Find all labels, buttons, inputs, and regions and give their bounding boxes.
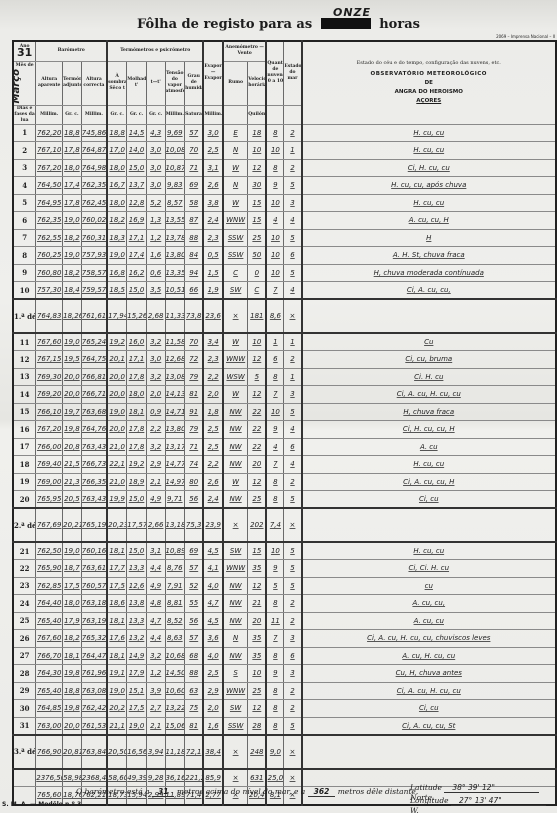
day-label: 19 xyxy=(13,473,36,491)
cell-molh: 17,8 xyxy=(127,438,147,456)
cell-tens: 13,08 xyxy=(165,368,185,386)
cell-vel: 181 xyxy=(248,299,267,333)
cell-term: 17,8 xyxy=(63,194,82,212)
cell-molh: 15,1 xyxy=(127,682,147,700)
form-title: Fôlha de registo para as horas xyxy=(0,17,557,32)
cell-alt: 763,00 xyxy=(36,717,63,735)
cell-molh: 13,3 xyxy=(127,612,147,630)
cell-corr: 766,81 xyxy=(81,368,107,386)
cell-observations: Ci, A. cu, H. cu, cu xyxy=(302,682,556,700)
cell-dif: 5,2 xyxy=(146,194,165,212)
cell-molh: 16,9 xyxy=(127,212,147,230)
cell-vel: 248 xyxy=(248,735,267,769)
cell-observations: A. cu xyxy=(302,438,556,456)
cell-alt: 765,90 xyxy=(36,560,63,578)
cell-mar: 2 xyxy=(284,612,302,630)
cell-seco: 18,5 xyxy=(107,282,127,300)
cell-corr: 764,87 xyxy=(81,142,107,160)
cell-rumo: SW xyxy=(223,282,248,300)
cell-dif: 3,2 xyxy=(146,438,165,456)
cell-rumo: W xyxy=(223,473,248,491)
cell-dif: 0,6 xyxy=(146,264,165,282)
cell-observations xyxy=(302,508,556,542)
cell-nuv: 6 xyxy=(266,351,284,369)
cell-grau: 71 xyxy=(185,159,204,177)
cell-vel: 50 xyxy=(248,247,267,265)
cell-vel: 35 xyxy=(248,647,267,665)
cell-vel: 35 xyxy=(248,560,267,578)
cell-seco: 21,1 xyxy=(107,717,127,735)
cell-nuv: 25,0 xyxy=(266,769,284,787)
cell-seco: 18,3 xyxy=(107,229,127,247)
cell-grau: 88 xyxy=(185,229,204,247)
cell-rumo: E xyxy=(223,124,248,142)
cell-seco: 20,50 xyxy=(107,735,127,769)
cell-alt: 762,20 xyxy=(36,124,63,142)
cell-dif: 3,0 xyxy=(146,159,165,177)
cell-observations: Ci, A. cu, cu, St xyxy=(302,717,556,735)
table-row: 22765,9018,7763,6117,713,34,48,76574,1WN… xyxy=(13,560,556,578)
decade-row: 3.ª década766,9020,81763,8420,5016,563,9… xyxy=(13,735,556,769)
termometros-header: Termómetros e psicrómetro xyxy=(107,41,203,61)
cell-term: 20,0 xyxy=(63,368,82,386)
cell-rumo: WNW xyxy=(223,212,248,230)
cell-evap: 2,2 xyxy=(203,368,223,386)
cell-dif: 4,3 xyxy=(146,124,165,142)
cell-dif: 2,1 xyxy=(146,717,165,735)
table-row: 16767,2019,8764,7620,017,82,213,80792,5N… xyxy=(13,421,556,439)
cell-alt: 764,30 xyxy=(36,665,63,683)
cell-mar: 1 xyxy=(284,368,302,386)
cell-grau: 80 xyxy=(185,473,204,491)
cell-evap: 2,6 xyxy=(203,177,223,195)
cell-alt: 767,10 xyxy=(36,142,63,160)
cell-term: 21,5 xyxy=(63,456,82,474)
cell-molh: 13,7 xyxy=(127,177,147,195)
cell-rumo: × xyxy=(223,299,248,333)
cell-rumo: × xyxy=(223,769,248,787)
unit-label: Saturação=100 xyxy=(185,105,204,124)
cell-corr: 764,47 xyxy=(81,647,107,665)
cell-corr: 762,35 xyxy=(81,177,107,195)
cell-vel: 10 xyxy=(248,142,267,160)
cell-mar: × xyxy=(284,735,302,769)
cell-term: 18,2 xyxy=(63,229,82,247)
cell-corr: 761,96 xyxy=(81,665,107,683)
cell-tens: 8,52 xyxy=(165,612,185,630)
cell-grau: 75,3 xyxy=(185,508,204,542)
cell-mar: 5 xyxy=(284,264,302,282)
table-row: 1762,2018,8745,8618,814,54,39,69573,0E18… xyxy=(13,124,556,142)
cell-dif: 3,0 xyxy=(146,177,165,195)
cell-evap: 4,1 xyxy=(203,560,223,578)
tensao-header: Tensão do vapor atmosférico xyxy=(165,61,185,105)
cell-mar: 3 xyxy=(284,194,302,212)
longitude-value: 27° 13' 47" xyxy=(451,796,546,806)
cell-molh: 17,4 xyxy=(127,247,147,265)
cell-observations: A. cu, H. cu, cu xyxy=(302,647,556,665)
cell-evap: 2,9 xyxy=(203,682,223,700)
cell-dif: 4,7 xyxy=(146,612,165,630)
cell-grau: 88 xyxy=(185,665,204,683)
cell-alt: 769,20 xyxy=(36,386,63,404)
cell-tens: 10,51 xyxy=(165,282,185,300)
cell-molh: 14,5 xyxy=(127,124,147,142)
cell-rumo: NW xyxy=(223,421,248,439)
cell-observations: Ci, A. cu, H. cu, cu xyxy=(302,386,556,404)
cell-tens: 13,55 xyxy=(165,212,185,230)
ano-header: Ano31 xyxy=(13,41,36,61)
cell-term: 17,4 xyxy=(63,177,82,195)
cell-grau: 81 xyxy=(185,717,204,735)
cell-seco: 16,8 xyxy=(107,264,127,282)
day-label: 22 xyxy=(13,560,36,578)
cell-vel: 21 xyxy=(248,595,267,613)
cell-observations: Ci, Ci. H. cu xyxy=(302,560,556,578)
cell-observations: H xyxy=(302,229,556,247)
cell-corr: 758,57 xyxy=(81,264,107,282)
cell-molh: 19,2 xyxy=(127,456,147,474)
day-label: 17 xyxy=(13,438,36,456)
table-row: 2767,1017,8764,8717,014,03,010,08702,5N1… xyxy=(13,142,556,160)
cell-rumo: WNW xyxy=(223,560,248,578)
cell-mar: 2 xyxy=(284,700,302,718)
cell-observations xyxy=(302,299,556,333)
cell-nuv: 9,0 xyxy=(266,735,284,769)
cell-corr: 763,68 xyxy=(81,403,107,421)
cell-mar: 2 xyxy=(284,473,302,491)
cell-mar: 1 xyxy=(284,142,302,160)
cell-evap: 2,5 xyxy=(203,142,223,160)
cell-tens: 9,71 xyxy=(165,491,185,509)
cell-tens: 8,76 xyxy=(165,560,185,578)
cell-tens: 8,63 xyxy=(165,630,185,648)
cell-corr: 763,19 xyxy=(81,612,107,630)
cell-corr: 763,84 xyxy=(81,735,107,769)
table-row: 29765,4018,8763,0819,015,13,910,60632,9W… xyxy=(13,682,556,700)
cell-mar: 5 xyxy=(284,177,302,195)
cell-term: 18,2 xyxy=(63,630,82,648)
cell-grau: 52 xyxy=(185,577,204,595)
cell-tens: 9,69 xyxy=(165,124,185,142)
cell-tens: 13,35 xyxy=(165,264,185,282)
cell-corr: 766,35 xyxy=(81,473,107,491)
cell-rumo: NW xyxy=(223,491,248,509)
cell-molh: 17,57 xyxy=(127,508,147,542)
cell-dif: 3,2 xyxy=(146,333,165,351)
table-row: 13769,3020,0766,8120,017,83,213,08792,2W… xyxy=(13,368,556,386)
cell-observations: Ci, A. cu, cu, xyxy=(302,282,556,300)
cell-nuv: 9 xyxy=(266,421,284,439)
table-row: 25765,4017,9763,1918,113,34,78,52564,5NW… xyxy=(13,612,556,630)
cell-mar: 1 xyxy=(284,333,302,351)
cell-grau: 56 xyxy=(185,612,204,630)
cell-grau: 63 xyxy=(185,682,204,700)
cell-tens: 11,18 xyxy=(165,735,185,769)
cell-rumo: W xyxy=(223,194,248,212)
cell-mar: 6 xyxy=(284,438,302,456)
unit-label: Gr. c. xyxy=(127,105,147,124)
cell-molh: 49,39 xyxy=(127,769,147,787)
cell-mar: 4 xyxy=(284,212,302,230)
day-label: 1.ª década xyxy=(13,299,36,333)
cell-alt: 762,85 xyxy=(36,577,63,595)
table-row: 31763,0020,0761,5321,119,02,115,06811,6S… xyxy=(13,717,556,735)
day-label xyxy=(13,769,36,787)
evaporimetro-header: Evaporímetro—Evaporação xyxy=(203,41,223,105)
cell-grau: 72 xyxy=(185,351,204,369)
cell-evap: 1,5 xyxy=(203,264,223,282)
cell-alt: 762,55 xyxy=(36,229,63,247)
cell-tens: 15,06 xyxy=(165,717,185,735)
cell-observations: H, chuva fraca xyxy=(302,403,556,421)
cell-term: 18,4 xyxy=(63,282,82,300)
cell-molh: 18,9 xyxy=(127,473,147,491)
daily-rows: 1762,2018,8745,8618,814,54,39,69573,0E18… xyxy=(13,124,556,805)
cell-grau: 75 xyxy=(185,700,204,718)
cell-tens: 13,80 xyxy=(165,421,185,439)
cell-observations: H, chuva moderada contínuada xyxy=(302,264,556,282)
estado-ceu-header: Estado do céu e do tempo, configuração d… xyxy=(302,41,556,124)
cell-observations: A. cu, cu, H xyxy=(302,212,556,230)
cell-corr: 763,08 xyxy=(81,682,107,700)
barometro-header: Barómetro xyxy=(36,41,107,61)
cell-evap: 2,0 xyxy=(203,386,223,404)
cell-dif: 1,2 xyxy=(146,229,165,247)
cell-corr: 765,24 xyxy=(81,333,107,351)
cell-mar: 5 xyxy=(284,717,302,735)
unit-label xyxy=(223,105,248,124)
cell-rumo: WNW xyxy=(223,351,248,369)
cell-term: 19,5 xyxy=(63,351,82,369)
altura-aparente-header: Altura aparente xyxy=(36,61,63,105)
cell-alt: 766,10 xyxy=(36,403,63,421)
cell-nuv: 8 xyxy=(266,124,284,142)
cell-term: 19,8 xyxy=(63,421,82,439)
table-row: 4764,5017,4762,3516,713,73,09,83692,6N30… xyxy=(13,177,556,195)
cell-tens: 14,50 xyxy=(165,665,185,683)
cell-grau: 68 xyxy=(185,647,204,665)
cell-nuv: 10 xyxy=(266,247,284,265)
cell-nuv: 8 xyxy=(266,682,284,700)
cell-corr: 762,42 xyxy=(81,700,107,718)
cell-dif: 2,9 xyxy=(146,456,165,474)
form-sheet: ONZE Fôlha de registo para as horas 2069… xyxy=(0,0,557,813)
cell-vel: 202 xyxy=(248,508,267,542)
cell-observations: H. cu, cu, após chuva xyxy=(302,177,556,195)
day-label: 3.ª década xyxy=(13,735,36,769)
cell-grau: 81 xyxy=(185,386,204,404)
cell-grau: 57 xyxy=(185,630,204,648)
cell-molh: 19,0 xyxy=(127,717,147,735)
cell-mar: 2 xyxy=(284,595,302,613)
day-label: 11 xyxy=(13,333,36,351)
cell-observations xyxy=(302,735,556,769)
unit-label: Millim. xyxy=(36,105,63,124)
cell-rumo: W xyxy=(223,333,248,351)
cell-tens: 7,91 xyxy=(165,577,185,595)
cell-mar: 2 xyxy=(284,124,302,142)
cell-nuv: 9 xyxy=(266,665,284,683)
table-row: 30764,8519,8762,4220,217,52,713,22752,0S… xyxy=(13,700,556,718)
day-label: 6 xyxy=(13,212,36,230)
cell-evap: 2,2 xyxy=(203,456,223,474)
table-row: 27766,7018,1764,4718,114,93,210,68684,0N… xyxy=(13,647,556,665)
title-suffix: horas xyxy=(379,17,420,32)
cell-grau: 79 xyxy=(185,368,204,386)
cell-mar: 5 xyxy=(284,229,302,247)
cell-alt: 762,35 xyxy=(36,212,63,230)
cell-dif: 3,9 xyxy=(146,682,165,700)
cell-observations: A. cu, cu, xyxy=(302,595,556,613)
cell-mar: 2 xyxy=(284,351,302,369)
cell-corr: 2368,47 xyxy=(81,769,107,787)
cell-dif: 0,9 xyxy=(146,403,165,421)
cell-seco: 18,1 xyxy=(107,612,127,630)
cell-observations: Ci, H. cu, cu xyxy=(302,159,556,177)
cell-alt: 767,60 xyxy=(36,630,63,648)
unit-label: Gr. c. xyxy=(146,105,165,124)
cell-dif: 2,2 xyxy=(146,421,165,439)
cell-nuv: 10 xyxy=(266,194,284,212)
cell-molh: 15,0 xyxy=(127,542,147,560)
cell-vel: 12 xyxy=(248,577,267,595)
cell-alt: 760,25 xyxy=(36,247,63,265)
cell-seco: 19,2 xyxy=(107,333,127,351)
cell-rumo: WSW xyxy=(223,368,248,386)
cell-molh: 17,9 xyxy=(127,665,147,683)
cell-grau: 69 xyxy=(185,542,204,560)
cell-seco: 20,23 xyxy=(107,508,127,542)
unit-label: Millim. xyxy=(203,105,223,124)
cell-rumo: NW xyxy=(223,403,248,421)
cell-dif: 2,1 xyxy=(146,473,165,491)
cell-tens: 13,22 xyxy=(165,700,185,718)
cell-grau: 56 xyxy=(185,491,204,509)
cell-evap: 23,6 xyxy=(203,299,223,333)
grau-humidade-header: Grau de humidade xyxy=(185,61,204,105)
cell-evap: 85,9 xyxy=(203,769,223,787)
cell-dif: 3,2 xyxy=(146,647,165,665)
cell-mar: 5 xyxy=(284,403,302,421)
cell-tens: 11,58 xyxy=(165,333,185,351)
cell-observations: Ci, cu xyxy=(302,700,556,718)
cell-term: 20,0 xyxy=(63,717,82,735)
cell-evap: 3,0 xyxy=(203,124,223,142)
cell-dif: 2,0 xyxy=(146,386,165,404)
cell-dif: 3,2 xyxy=(146,368,165,386)
cell-tens: 14,71 xyxy=(165,403,185,421)
cell-evap: 4,5 xyxy=(203,542,223,560)
rumo-header: Rumo xyxy=(223,61,248,105)
table-row: 17766,0020,8763,4321,017,83,213,17712,5N… xyxy=(13,438,556,456)
cell-alt: 764,50 xyxy=(36,177,63,195)
cell-vel: 28 xyxy=(248,717,267,735)
estado-mar-header: Estado do mar xyxy=(284,41,302,105)
cell-evap: 2,5 xyxy=(203,665,223,683)
cell-tens: 10,68 xyxy=(165,647,185,665)
mes-header: Mês deMarço xyxy=(13,61,36,105)
cell-nuv: 11 xyxy=(266,612,284,630)
velocidade-header: Velocidade horária xyxy=(248,61,267,105)
cell-grau: 73,8 xyxy=(185,299,204,333)
cell-grau: 57 xyxy=(185,124,204,142)
cell-evap: 38,4 xyxy=(203,735,223,769)
cell-mar: 5 xyxy=(284,491,302,509)
table-row: 21762,5019,0760,1618,115,03,110,89694,5S… xyxy=(13,542,556,560)
cell-vel: 30 xyxy=(248,177,267,195)
cell-corr: 761,61 xyxy=(81,299,107,333)
cell-seco: 19,1 xyxy=(107,665,127,683)
cell-nuv: 10 xyxy=(266,542,284,560)
cell-nuv: 8 xyxy=(266,717,284,735)
cell-rumo: × xyxy=(223,508,248,542)
cell-term: 19,7 xyxy=(63,403,82,421)
cell-evap: 4,7 xyxy=(203,595,223,613)
cell-molh: 13,8 xyxy=(127,595,147,613)
cell-vel: 12 xyxy=(248,351,267,369)
table-row: 19769,0021,3766,3521,018,92,114,97802,6W… xyxy=(13,473,556,491)
cell-molh: 12,8 xyxy=(127,194,147,212)
cell-nuv: 7 xyxy=(266,456,284,474)
cell-mar: 3 xyxy=(284,630,302,648)
cell-corr: 761,53 xyxy=(81,717,107,735)
cell-rumo: SSW xyxy=(223,247,248,265)
cell-corr: 766,73 xyxy=(81,456,107,474)
cell-rumo: NW xyxy=(223,438,248,456)
cell-nuv: 9 xyxy=(266,177,284,195)
cell-term: 19,0 xyxy=(63,247,82,265)
cell-grau: 58 xyxy=(185,194,204,212)
cell-grau: 221,2 xyxy=(185,769,204,787)
cell-dif: 1,6 xyxy=(146,247,165,265)
unit-label: Millim. xyxy=(165,105,185,124)
cell-seco: 17,0 xyxy=(107,142,127,160)
cell-tens: 14,13 xyxy=(165,386,185,404)
cell-seco: 20,1 xyxy=(107,351,127,369)
cell-alt: 762,50 xyxy=(36,542,63,560)
cell-alt: 764,85 xyxy=(36,700,63,718)
day-label: 5 xyxy=(13,194,36,212)
cell-vel: C xyxy=(248,282,267,300)
day-label: 28 xyxy=(13,665,36,683)
molhado-header: Molhado t' xyxy=(127,61,147,105)
day-label: 15 xyxy=(13,403,36,421)
cell-molh: 17,8 xyxy=(127,421,147,439)
decade-row: 2.ª década767,6920,21765,1920,2317,572,6… xyxy=(13,508,556,542)
cell-vel: 18 xyxy=(248,124,267,142)
cell-seco: 20,0 xyxy=(107,386,127,404)
cell-grau: 74 xyxy=(185,456,204,474)
barometer-distance: 362 xyxy=(308,787,336,797)
table-row: 3767,2018,0764,9818,015,03,010,87713,1W1… xyxy=(13,159,556,177)
cell-seco: 18,6 xyxy=(107,595,127,613)
cell-corr: 764,98 xyxy=(81,159,107,177)
cell-molh: 14,9 xyxy=(127,647,147,665)
cell-observations: A. cu, cu xyxy=(302,612,556,630)
cell-rumo: WNW xyxy=(223,682,248,700)
cell-vel: 22 xyxy=(248,403,267,421)
cell-vel: 12 xyxy=(248,386,267,404)
cell-term: 17,9 xyxy=(63,612,82,630)
cell-tens: 10,87 xyxy=(165,159,185,177)
table-row: 12767,1519,5764,7520,117,13,012,68722,3W… xyxy=(13,351,556,369)
cell-corr: 763,61 xyxy=(81,560,107,578)
cell-corr: 765,19 xyxy=(81,508,107,542)
cell-rumo: NW xyxy=(223,595,248,613)
cell-grau: 84 xyxy=(185,247,204,265)
cell-rumo: SSW xyxy=(223,229,248,247)
